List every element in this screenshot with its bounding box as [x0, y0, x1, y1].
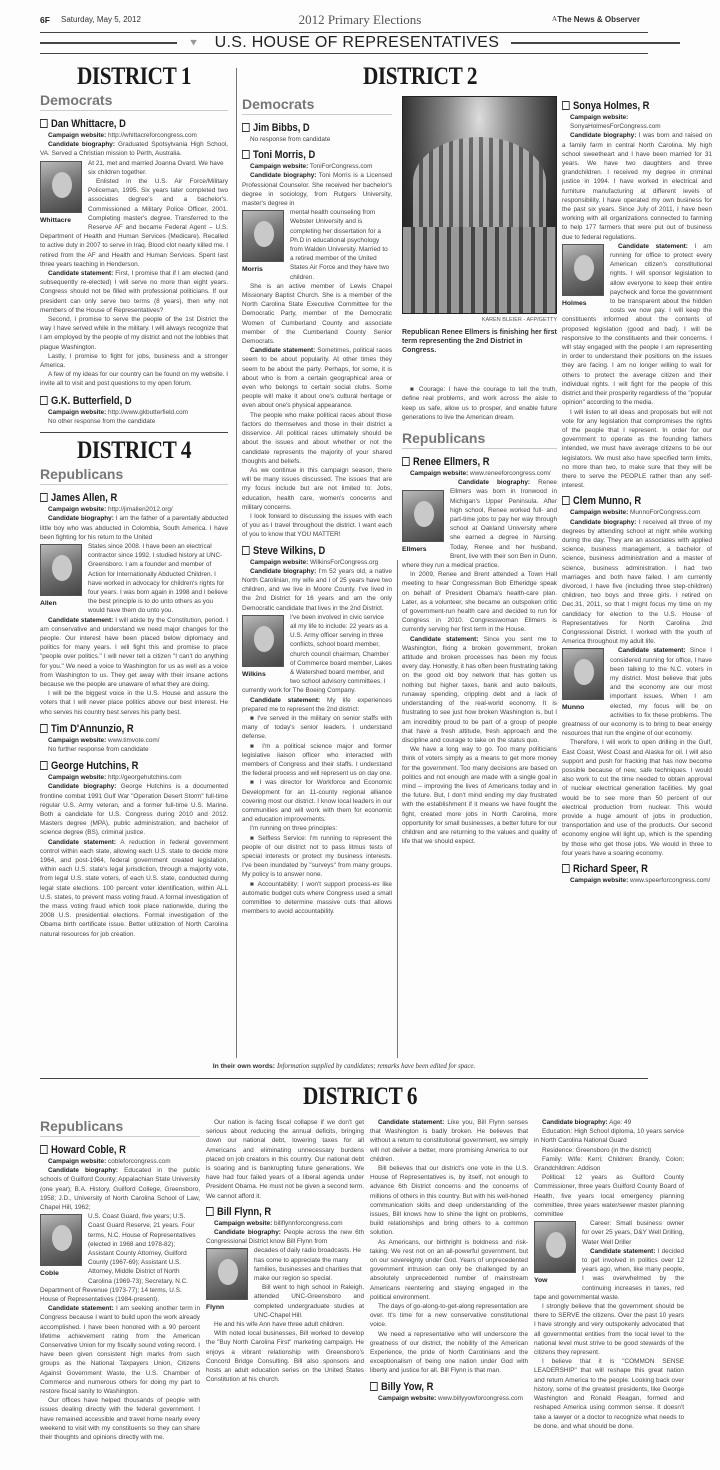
candidate-name: Clem Munno, R: [562, 494, 690, 508]
campaign-website-link[interactable]: ToniForCongress.com: [310, 163, 373, 170]
candidate-name: Sonya Holmes, R: [562, 99, 690, 113]
district-1-title: DISTRICT 1: [54, 62, 214, 92]
candidate-photo: Wilkins: [242, 615, 284, 679]
candidate-name: Renee Ellmers, R: [402, 455, 534, 469]
vote-checkbox[interactable]: [402, 457, 410, 466]
campaign-website-link[interactable]: www.reneeforcongress.com/: [470, 470, 551, 477]
party-heading: Republicans: [402, 430, 557, 449]
candidate-photo: Ellmers: [402, 490, 444, 554]
candidate-name: James Allen, R: [40, 491, 200, 505]
candidate-photo: Yow: [534, 1221, 576, 1285]
candidate-name: Jim Bibbs, D: [242, 121, 370, 135]
campaign-website-link[interactable]: http://whittacreforcongress.com: [108, 132, 197, 139]
column-divider: [236, 68, 237, 1058]
campaign-website-link[interactable]: http://www.gkbutterfield.com: [108, 409, 188, 416]
party-heading: Democrats: [242, 96, 392, 115]
campaign-website-link[interactable]: http://jimallen2012.org/: [108, 506, 173, 513]
campaign-website-link[interactable]: http://georgehutchins.com: [108, 774, 182, 781]
vote-checkbox[interactable]: [562, 864, 570, 873]
photo-caption: Republican Renee Ellmers is finishing he…: [402, 328, 557, 355]
candidate-name: Bill Flynn, R: [206, 1205, 340, 1219]
district-2-title: DISTRICT 2: [352, 62, 488, 92]
column-district-6-a: Republicans Howard Coble, R Campaign web…: [40, 1118, 200, 1442]
section-divider: [40, 432, 228, 433]
photo-credit: KAREN BLEIER - AFP/GETTY: [402, 316, 557, 325]
column-district-1-4: DISTRICT 1 Democrats Dan Whittacre, D Ca…: [40, 62, 228, 939]
candidate-photo: Coble: [40, 1214, 82, 1278]
candidate-photo: Allen: [40, 544, 82, 608]
candidate-name: Billy Yow, R: [370, 1380, 504, 1394]
column-district-2-photo: KAREN BLEIER - AFP/GETTY Republican Rene…: [402, 96, 557, 846]
party-heading: Democrats: [40, 92, 228, 111]
column-divider: [397, 560, 398, 1058]
party-heading: Republicans: [40, 1118, 200, 1137]
vote-checkbox[interactable]: [562, 101, 570, 110]
candidate-photo: Whittacre: [40, 161, 82, 225]
vote-checkbox[interactable]: [242, 546, 250, 555]
candidate-name: Steve Wilkins, D: [242, 544, 370, 558]
candidate-name: Dan Whittacre, D: [40, 117, 200, 131]
candidate-name: Howard Coble, R: [40, 1143, 176, 1157]
candidate-photo: Holmes: [562, 244, 604, 308]
vote-checkbox[interactable]: [370, 1382, 378, 1391]
campaign-website-link[interactable]: www.speerforcongress.com/: [630, 877, 710, 884]
vote-checkbox[interactable]: [206, 1207, 214, 1216]
campaign-website-link[interactable]: www.timvote.com/: [108, 737, 160, 744]
candidate-name: Tim D'Annunzio, R: [40, 722, 200, 736]
vote-checkbox[interactable]: [40, 1145, 48, 1154]
masthead: 6F Saturday, May 5, 2012 2012 Primary El…: [40, 14, 680, 30]
candidate-name: George Hutchins, R: [40, 759, 200, 773]
vote-checkbox[interactable]: [40, 396, 48, 405]
double-chevron-down-icon: ⯆: [183, 36, 205, 50]
section-banner: ⯆U.S. HOUSE OF REPRESENTATIVES: [40, 32, 648, 54]
campaign-website-link[interactable]: MunnoForCongress.com: [630, 509, 700, 516]
campaign-website-link[interactable]: SonyaHolmesForCongress.com: [570, 123, 661, 130]
vote-checkbox[interactable]: [40, 724, 48, 733]
vote-checkbox[interactable]: [242, 123, 250, 132]
column-district-6-c: Candidate statement: Like you, Bill Flyn…: [370, 1118, 528, 1403]
vote-checkbox[interactable]: [242, 150, 250, 159]
campaign-website-link[interactable]: cobleforcongress.com: [108, 1158, 171, 1165]
banner-title: U.S. HOUSE OF REPRESENTATIVES: [209, 34, 506, 51]
newspaper-page: 6F Saturday, May 5, 2012 2012 Primary El…: [40, 0, 680, 1470]
district-6-title: DISTRICT 6: [275, 1082, 445, 1112]
column-district-6-d: Candidate biography: Age: 49 Education: …: [534, 1118, 684, 1431]
column-district-6-b: Our nation is facing fiscal collapse if …: [206, 1118, 364, 1384]
editor-note: In their own words: Information supplied…: [40, 1063, 648, 1070]
capitol-dome-photo: [402, 96, 557, 314]
campaign-website-link[interactable]: www.billyyowforcongress.com: [438, 1395, 523, 1402]
candidate-photo: Morris: [242, 210, 284, 274]
party-heading: Republicans: [40, 466, 228, 485]
candidate-photo: Munno: [562, 648, 604, 712]
vote-checkbox[interactable]: [40, 493, 48, 502]
column-district-2-republicans: Sonya Holmes, R Campaign website: SonyaH…: [562, 96, 712, 885]
column-district-2-democrats: Democrats Jim Bibbs, D No response from …: [242, 96, 392, 916]
vote-checkbox[interactable]: [40, 119, 48, 128]
campaign-website-link[interactable]: WilkinsForCongress.org: [310, 559, 378, 566]
vote-checkbox[interactable]: [40, 761, 48, 770]
candidate-name: Richard Speer, R: [562, 862, 690, 876]
publication-name: The News & Observer: [557, 15, 640, 24]
vote-checkbox[interactable]: [562, 496, 570, 505]
section-divider: [40, 1078, 648, 1079]
campaign-website-link[interactable]: billflynnforcongress.com: [274, 1220, 343, 1227]
district-4-title: DISTRICT 4: [54, 436, 214, 466]
section-letter: A: [552, 15, 557, 23]
candidate-photo: Flynn: [206, 1248, 248, 1312]
candidate-name: Toni Morris, D: [242, 148, 370, 162]
candidate-name: G.K. Butterfield, D: [40, 394, 200, 408]
